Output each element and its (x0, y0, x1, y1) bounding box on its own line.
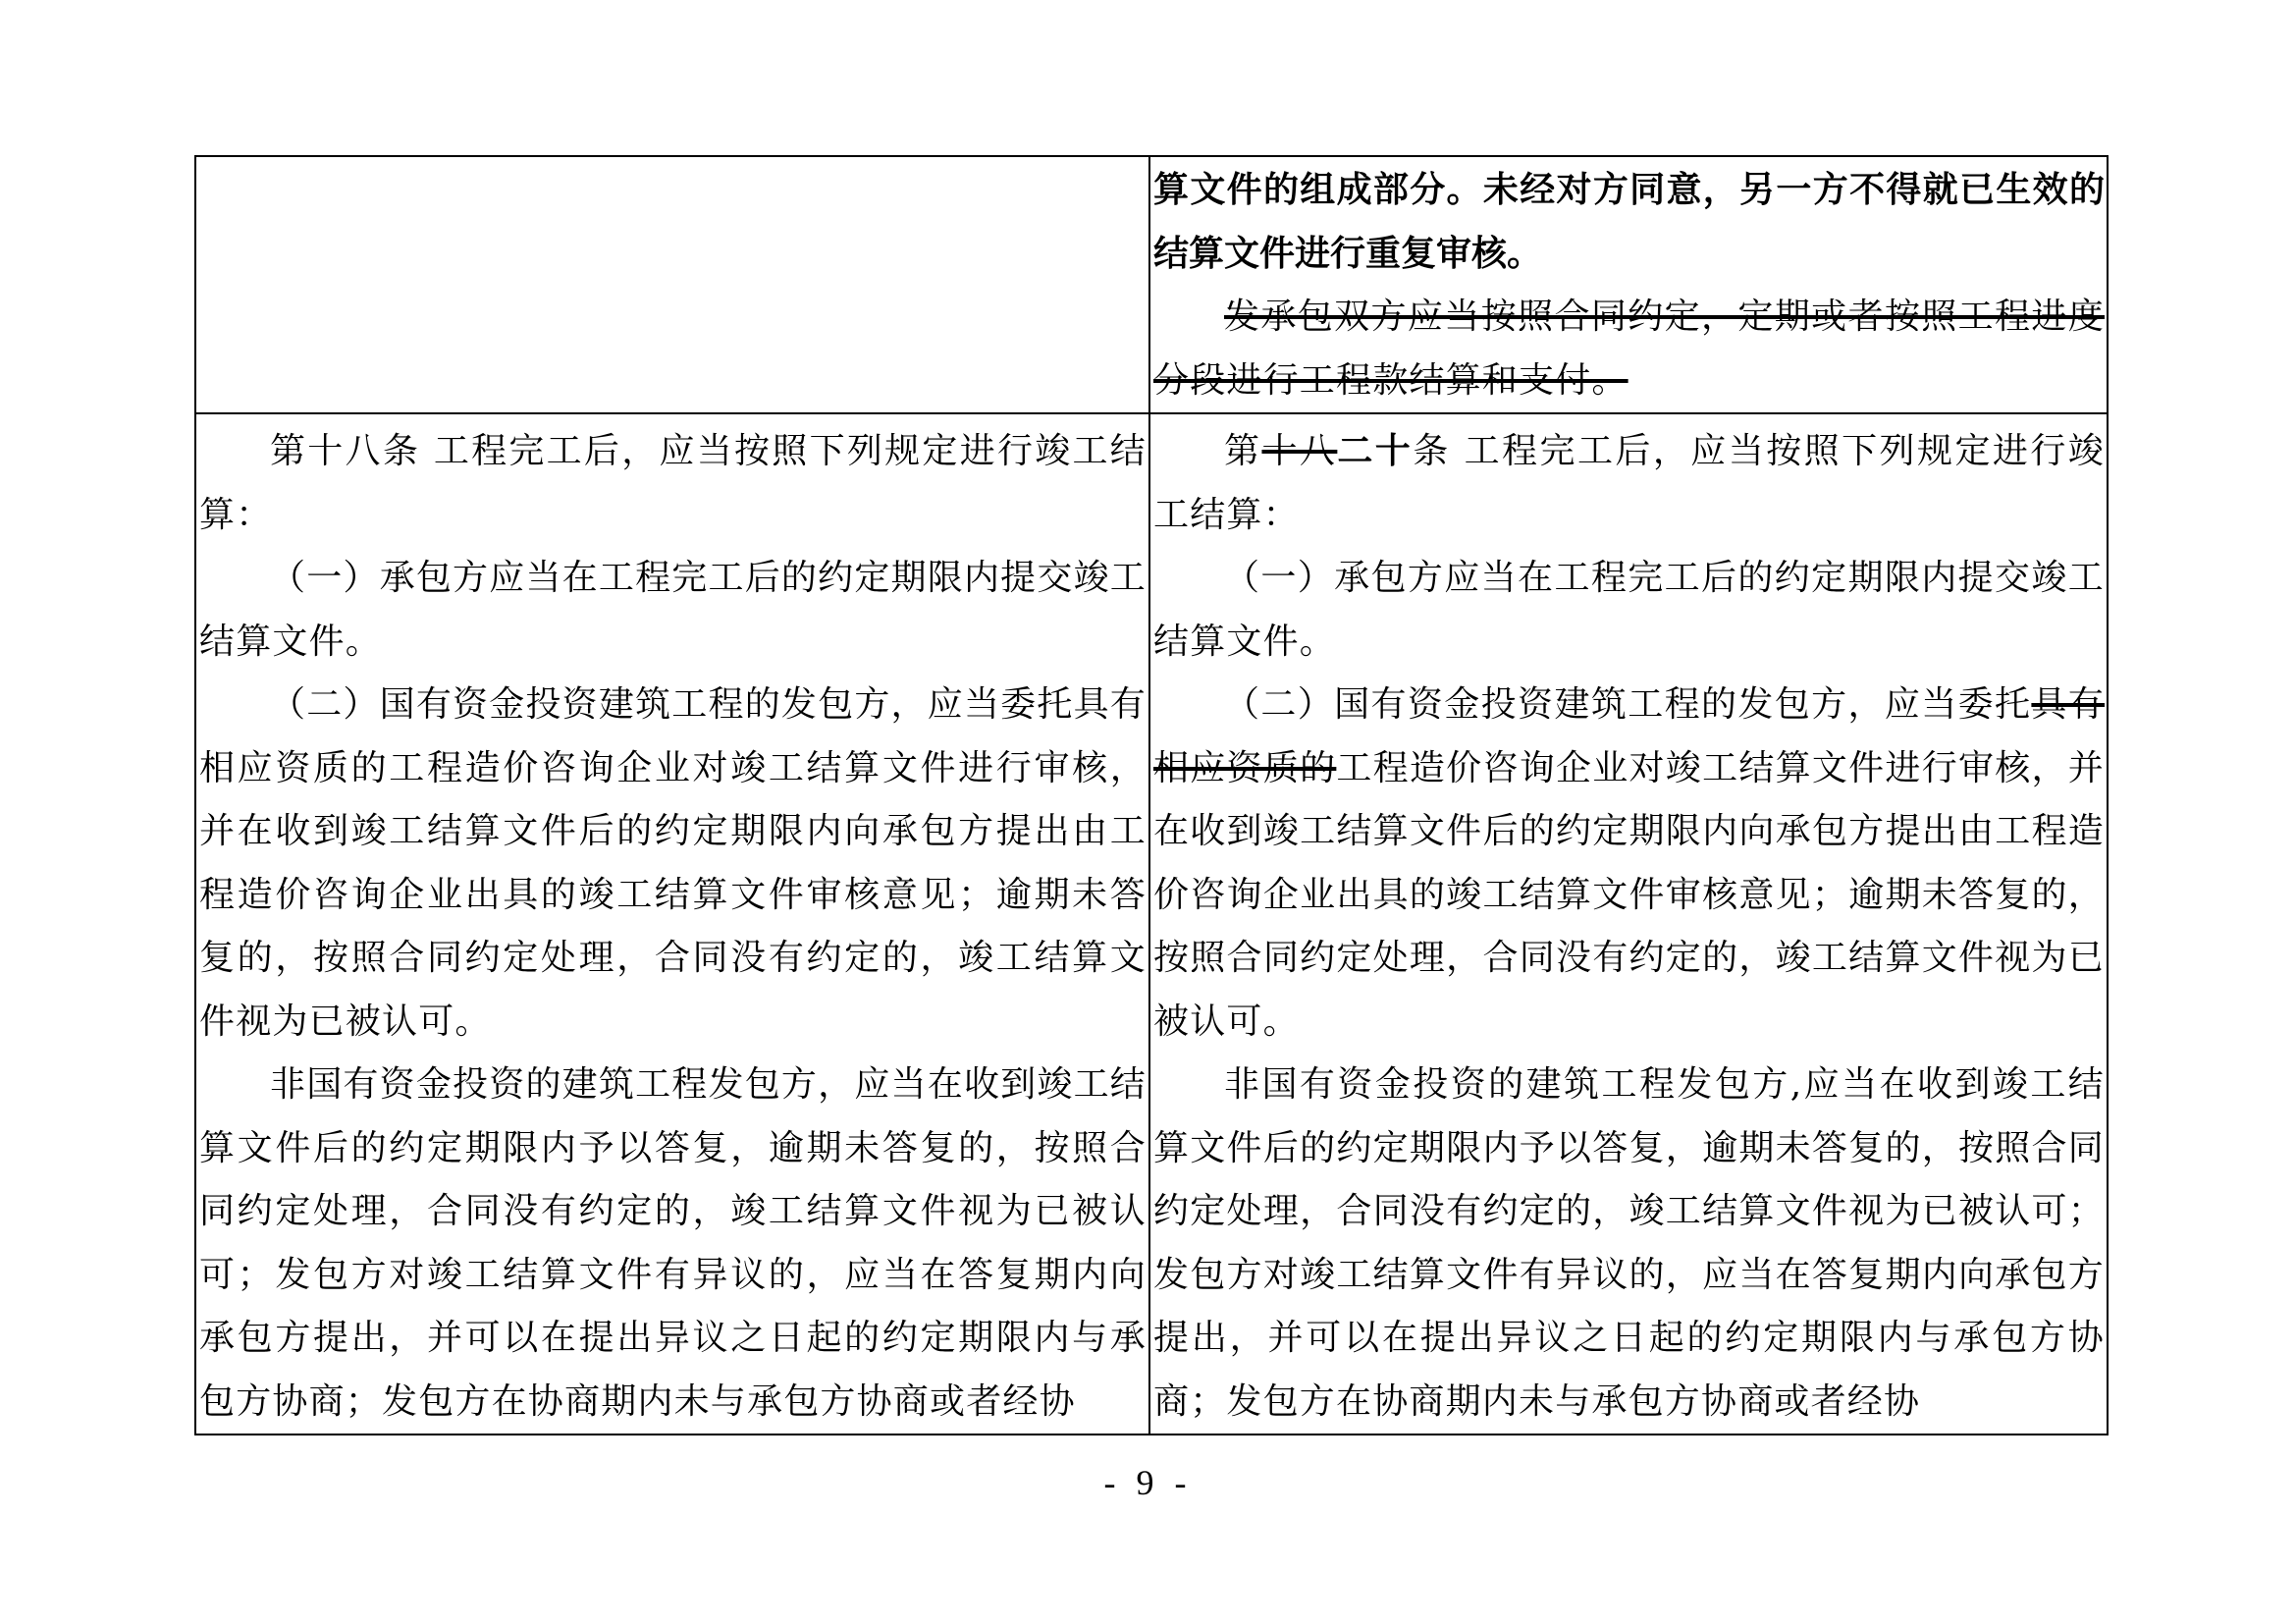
clause-2-paragraph: （二）国有资金投资建筑工程的发包方，应当委托具有相应资质的工程造价咨询企业对竣工… (1153, 674, 2105, 1054)
original-text-cell: 第十八条 工程完工后，应当按照下列规定进行竣工结算： （一）承包方应当在工程完工… (195, 413, 1149, 1435)
table-row: 算文件的组成部分。未经对方同意，另一方不得就已生效的结算文件进行重复审核。 发承… (195, 156, 2108, 413)
original-text-cell (195, 156, 1149, 413)
revised-text-cell: 第十八二十条 工程完工后，应当按照下列规定进行竣工结算： （一）承包方应当在工程… (1149, 413, 2108, 1435)
clause-2-paragraph: （二）国有资金投资建筑工程的发包方，应当委托具有相应资质的工程造价咨询企业对竣工… (199, 674, 1147, 1054)
article-prefix: 第 (1224, 431, 1261, 471)
document-page: 算文件的组成部分。未经对方同意，另一方不得就已生效的结算文件进行重复审核。 发承… (0, 0, 2296, 1624)
deleted-article-number: 十八 (1261, 431, 1337, 471)
inserted-article-number: 二十 (1337, 431, 1413, 471)
non-state-funded-paragraph: 非国有资金投资的建筑工程发包方,应当在收到竣工结算文件后的约定期限内予以答复，逾… (1153, 1054, 2105, 1434)
clause-1-paragraph: （一）承包方应当在工程完工后的约定期限内提交竣工结算文件。 (199, 547, 1147, 674)
non-state-funded-paragraph: 非国有资金投资的建筑工程发包方，应当在收到竣工结算文件后的约定期限内予以答复，逾… (199, 1054, 1147, 1434)
article-heading-paragraph: 第十八二十条 工程完工后，应当按照下列规定进行竣工结算： (1153, 420, 2105, 547)
revised-text-cell: 算文件的组成部分。未经对方同意，另一方不得就已生效的结算文件进行重复审核。 发承… (1149, 156, 2108, 413)
clause-2-text-after: 工程造价咨询企业对竣工结算文件进行审核，并在收到竣工结算文件后的约定期限内向承包… (1153, 748, 2105, 1042)
deleted-paragraph: 发承包双方应当按照合同约定，定期或者按照工程进度分段进行工程款结算和支付。 (1153, 286, 2105, 412)
table-row: 第十八条 工程完工后，应当按照下列规定进行竣工结算： （一）承包方应当在工程完工… (195, 413, 2108, 1435)
page-number: - 9 - (0, 1459, 2296, 1506)
revised-paragraph-continuation: 算文件的组成部分。未经对方同意，另一方不得就已生效的结算文件进行重复审核。 (1153, 159, 2105, 286)
clause-1-paragraph: （一）承包方应当在工程完工后的约定期限内提交竣工结算文件。 (1153, 547, 2105, 674)
deleted-text: 发承包双方应当按照合同约定，定期或者按照工程进度分段进行工程款结算和支付。 (1153, 297, 2105, 401)
clause-2-text-before: （二）国有资金投资建筑工程的发包方，应当委托 (1224, 684, 2031, 725)
article-heading-paragraph: 第十八条 工程完工后，应当按照下列规定进行竣工结算： (199, 420, 1147, 547)
comparison-table: 算文件的组成部分。未经对方同意，另一方不得就已生效的结算文件进行重复审核。 发承… (194, 155, 2109, 1435)
